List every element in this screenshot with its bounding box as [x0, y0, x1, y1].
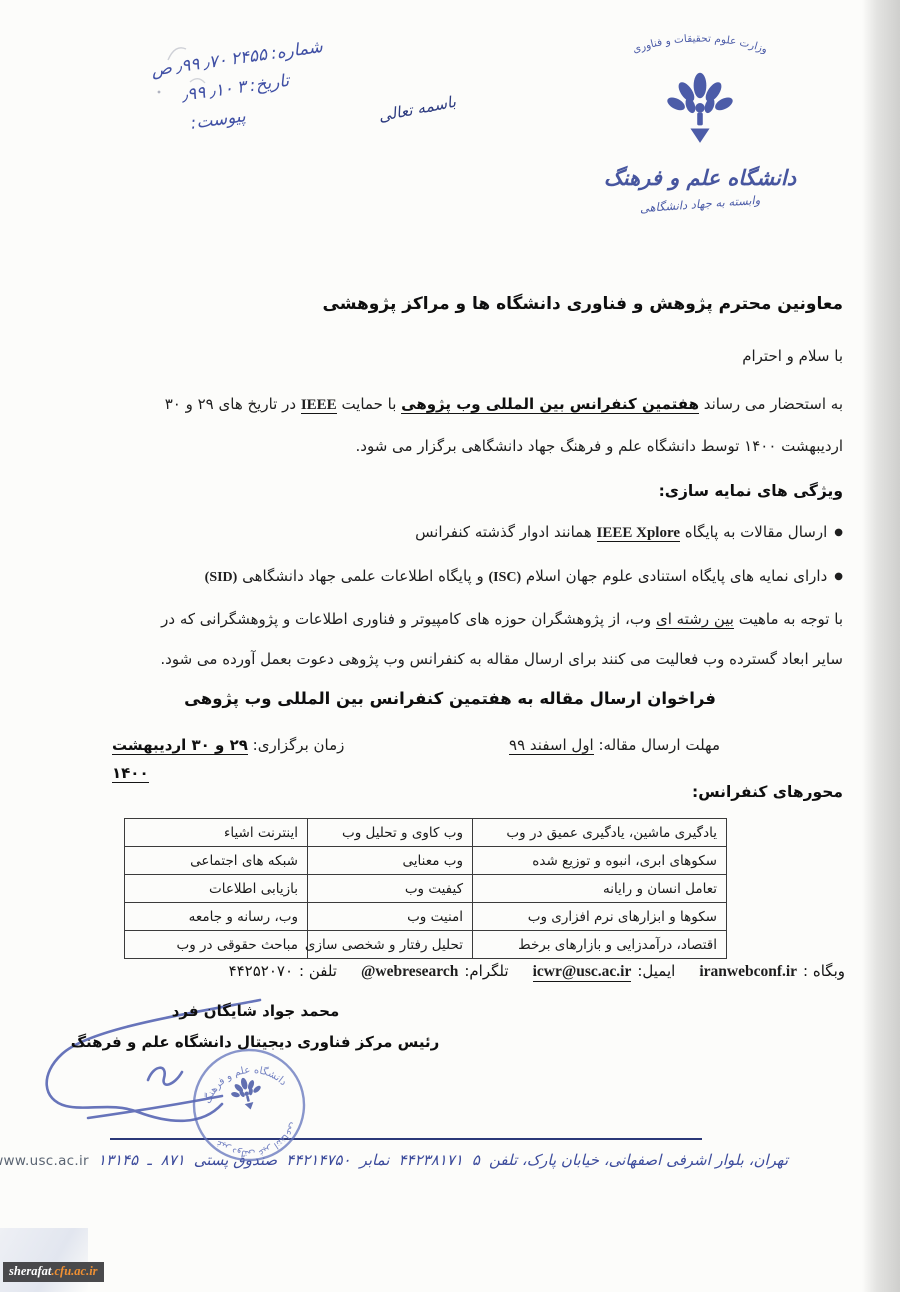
number-label: شماره:	[270, 37, 324, 64]
table-cell: وب معنایی	[308, 847, 473, 875]
website-url: iranwebconf.ir	[699, 963, 797, 981]
table-cell: مباحث حقوقی در وب	[125, 931, 308, 959]
email-address: icwr@usc.ac.ir	[533, 963, 632, 982]
table-row: یادگیری ماشین، یادگیری عمیق در وب وب کاو…	[125, 819, 727, 847]
dash: ـ	[147, 1151, 151, 1169]
table-cell: وب، رسانه و جامعه	[125, 903, 308, 931]
body-text: ارسال مقالات به پایگاه	[680, 523, 827, 541]
body-text: به استحضار می رساند	[699, 395, 843, 413]
table-cell: تعامل انسان و رایانه	[473, 875, 727, 903]
body-text: با توجه به ماهیت	[734, 610, 843, 628]
source-watermark: sherafat .cfu.ac.ir	[3, 1262, 104, 1282]
number-part: ٫۹۹	[174, 54, 200, 77]
phone-label: تلفن :	[299, 962, 337, 980]
table-cell: تحلیل رفتار و شخصی سازی	[308, 931, 473, 959]
schedule-value-line2: ۱۴۰۰	[112, 764, 149, 783]
body-text: با حمایت	[337, 395, 401, 413]
recipient-heading: معاونین محترم پژوهش و فناوری دانشگاه ها …	[323, 294, 843, 314]
contact-line: وبگاه : iranwebconf.ir ایمیل: icwr@usc.a…	[229, 962, 845, 982]
bullet-icon: ●	[834, 571, 843, 582]
table-cell: سکوهای ابری، انبوه و توزیع شده	[473, 847, 727, 875]
signatory-title: رئیس مرکز فناوری دیجیتال دانشگاه علم و ف…	[60, 1033, 450, 1051]
website-label: وبگاه :	[803, 962, 845, 980]
paragraph1-line1: به استحضار می رساند هفتمین کنفرانس بین ا…	[165, 395, 843, 414]
call-for-papers-heading: فراخوان ارسال مقاله به هفتمین کنفرانس بی…	[0, 689, 900, 708]
university-website-url: www.usc.ac.ir	[0, 1153, 89, 1169]
bullet-item-2: ●دارای نمایه های پایگاه استنادی علوم جها…	[205, 567, 843, 586]
date-part: ۳	[235, 77, 247, 98]
body-text: دارای نمایه های پایگاه استنادی علوم جهان…	[521, 567, 827, 585]
tree-logo-icon	[660, 68, 740, 162]
body-text: همانند ادوار گذشته کنفرانس	[415, 523, 596, 541]
po-box-part: ۱۳۱۴۵	[98, 1151, 138, 1169]
bismillah-calligraphy: باسمه تعالی	[377, 93, 457, 126]
paragraph1-line2: اردیبهشت ۱۴۰۰ توسط دانشگاه علم و فرهنگ ج…	[356, 437, 844, 455]
submission-deadline: مهلت ارسال مقاله: اول اسفند ۹۹	[509, 736, 720, 754]
table-cell: امنیت وب	[308, 903, 473, 931]
ieee-xplore-emphasis: IEEE Xplore	[597, 525, 681, 542]
phone-number: ۴۴۲۳۸۱۷۱	[398, 1151, 462, 1169]
deadline-label: مهلت ارسال مقاله:	[594, 736, 720, 754]
table-cell: یادگیری ماشین، یادگیری عمیق در وب	[473, 819, 727, 847]
address-text: تهران، بلوار اشرفی اصفهانی، خیابان پارک،…	[489, 1151, 788, 1169]
phone-extension: ۵	[472, 1151, 480, 1169]
table-row: سکوهای ابری، انبوه و توزیع شده وب معنایی…	[125, 847, 727, 875]
scan-edge-shadow	[862, 0, 900, 1292]
date-part: ٫۹۹	[180, 83, 206, 106]
phone-pair: تلفن : ۴۴۲۵۲۰۷۰	[229, 962, 337, 980]
phone-number: ۴۴۲۵۲۰۷۰	[229, 962, 293, 980]
email-pair: ایمیل: icwr@usc.ac.ir	[533, 962, 676, 982]
table-cell: کیفیت وب	[308, 875, 473, 903]
interdisciplinary-emphasis: بین رشته ای	[656, 610, 734, 629]
footer-address: تهران، بلوار اشرفی اصفهانی، خیابان پارک،…	[0, 1151, 788, 1169]
attachment-label: پیوست:	[189, 106, 247, 134]
table-cell: بازیابی اطلاعات	[125, 875, 308, 903]
watermark-text: sherafat	[9, 1264, 51, 1279]
telegram-pair: تلگرام: @webresearch	[361, 962, 509, 981]
paragraph2-line2: سایر ابعاد گسترده وب فعالیت می کنند برای…	[160, 650, 843, 668]
isc-abbrev: (ISC)	[488, 570, 521, 585]
fax-label: نمابر	[360, 1151, 390, 1169]
telegram-handle: @webresearch	[361, 963, 458, 981]
table-cell: اقتصاد، درآمدزایی و بازارهای برخط	[473, 931, 727, 959]
table-cell: سکوها و ابزارهای نرم افزاری وب	[473, 903, 727, 931]
table-cell: وب کاوی و تحلیل وب	[308, 819, 473, 847]
deadline-value: اول اسفند ۹۹	[509, 736, 594, 755]
website-pair: وبگاه : iranwebconf.ir	[699, 962, 845, 981]
email-label: ایمیل:	[637, 962, 675, 980]
topics-heading: محورهای کنفرانس:	[692, 783, 843, 801]
table-cell: اینترنت اشیاء	[125, 819, 308, 847]
ministry-arc-text: وزارت علوم تحقیقات و فناوری	[596, 24, 804, 64]
bullet-icon: ●	[834, 527, 843, 538]
table-row: تعامل انسان و رایانه کیفیت وب بازیابی اط…	[125, 875, 727, 903]
paragraph2-line1: با توجه به ماهیت بین رشته ای وب، از پژوه…	[161, 610, 843, 628]
features-heading: ویژگی های نمایه سازی:	[659, 482, 843, 500]
table-cell: شبکه های اجتماعی	[125, 847, 308, 875]
table-row: اقتصاد، درآمدزایی و بازارهای برخط تحلیل …	[125, 931, 727, 959]
event-schedule: زمان برگزاری: ۲۹ و ۳۰ اردیبهشت ۱۴۰۰	[112, 736, 344, 782]
sid-abbrev: (SID)	[205, 570, 238, 585]
body-text: و پایگاه اطلاعات علمی جهاد دانشگاهی	[237, 567, 488, 585]
date-label: تاریخ:	[248, 71, 290, 96]
telegram-label: تلگرام:	[464, 962, 508, 980]
table-row: سکوها و ابزارهای نرم افزاری وب امنیت وب …	[125, 903, 727, 931]
university-name-calligraphy: دانشگاه علم و فرهنگ	[596, 166, 804, 190]
svg-text:وزارت علوم تحقیقات و فناوری: وزارت علوم تحقیقات و فناوری	[631, 33, 769, 56]
bullet-item-1: ●ارسال مقالات به پایگاه IEEE Xplore همان…	[415, 523, 843, 542]
signatory-name: محمد جواد شایگان فرد	[148, 1002, 363, 1020]
body-text: در تاریخ های ۲۹ و ۳۰	[165, 395, 301, 413]
number-part: ٫۷۰	[202, 50, 228, 73]
number-suffix: ص	[150, 58, 173, 81]
greeting-text: با سلام و احترام	[742, 347, 843, 365]
date-part: ٫۱۰	[208, 79, 234, 102]
schedule-label: زمان برگزاری:	[248, 736, 344, 754]
conference-name-emphasis: هفتمین کنفرانس بین المللی وب پژوهی	[401, 395, 699, 414]
conference-topics-table: یادگیری ماشین، یادگیری عمیق در وب وب کاو…	[124, 818, 727, 959]
ieee-emphasis: IEEE	[301, 397, 337, 414]
scan-corner-tint	[0, 1228, 88, 1292]
body-text: وب، از پژوهشگران حوزه های کامپیوتر و فنا…	[161, 610, 656, 628]
watermark-domain: .cfu.ac.ir	[51, 1264, 97, 1279]
scanned-letter-page: شماره: ۲۴۵۵ ٫۷۰ ٫۹۹ ص تاریخ: ۳ ٫۱۰ ٫۹۹ پ…	[0, 0, 900, 1292]
schedule-value-line1: ۲۹ و ۳۰ اردیبهشت	[112, 736, 248, 755]
po-box-part: ۸۷۱	[161, 1151, 185, 1169]
number-part: ۲۴۵۵	[229, 45, 268, 70]
affiliation-text: وابسته به جهاد دانشگاهی	[596, 190, 804, 218]
university-logo-block: وزارت علوم تحقیقات و فناوری دانشگاه علم …	[596, 24, 804, 211]
